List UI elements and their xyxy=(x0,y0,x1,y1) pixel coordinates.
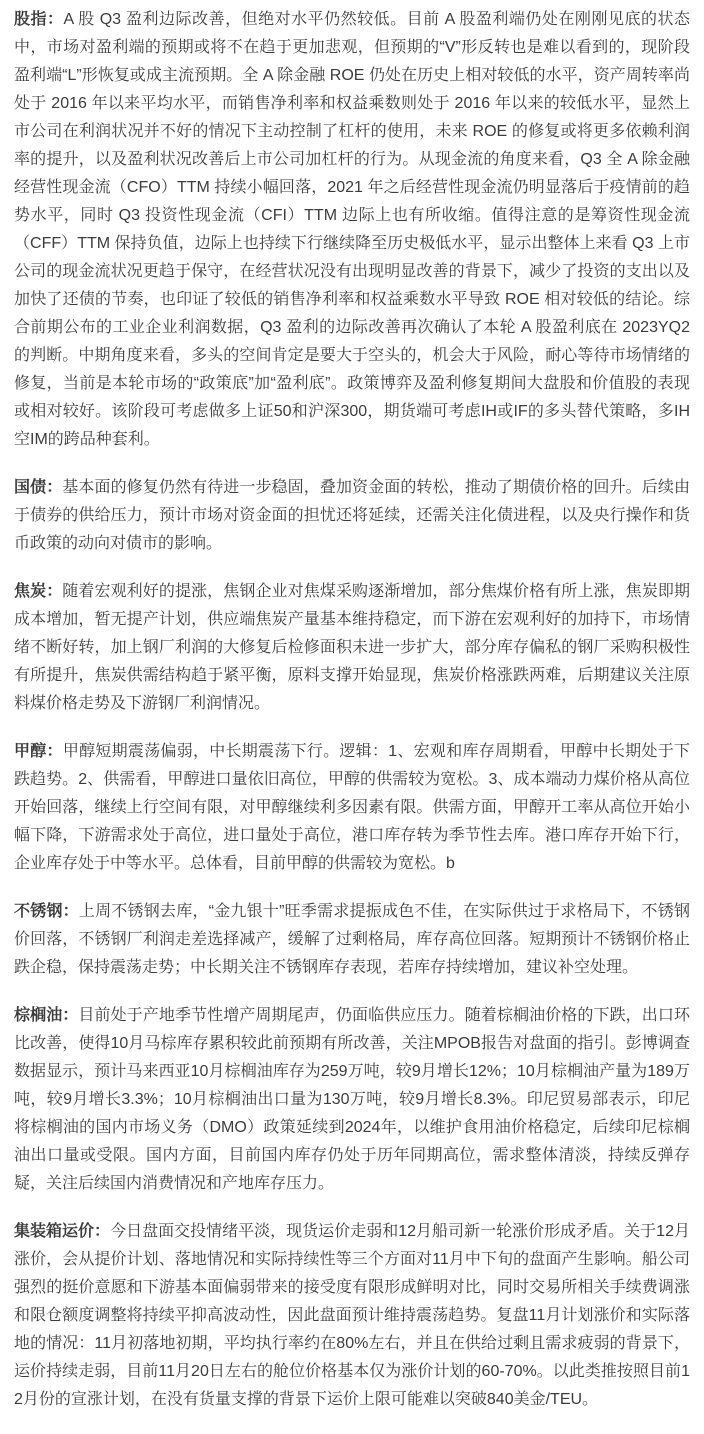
section-text-stock-index: A 股 Q3 盈利边际改善，但绝对水平仍然较低。目前 A 股盈利端仍处在刚刚见底… xyxy=(14,11,690,448)
section-text-coke: 随着宏观利好的提涨，焦钢企业对焦煤采购逐渐增加，部分焦煤价格有所上涨，焦炭即期成… xyxy=(14,583,690,712)
market-commentary-document: 股指：A 股 Q3 盈利边际改善，但绝对水平仍然较低。目前 A 股盈利端仍处在刚… xyxy=(0,0,704,1434)
section-container-freight: 集装箱运价：今日盘面交投情绪平淡，现货运价走弱和12月船司新一轮涨价形成矛盾。关… xyxy=(14,1218,690,1414)
section-label-palm-oil: 棕榈油： xyxy=(14,1007,78,1024)
section-methanol: 甲醇：甲醇短期震荡偏弱，中长期震荡下行。逻辑：1、宏观和库存周期看，甲醇中长期处… xyxy=(14,738,690,878)
section-stainless-steel: 不锈钢：上周不锈钢去库，“金九银十”旺季需求提振成色不佳，在实际供过于求格局下，… xyxy=(14,898,690,982)
section-label-stock-index: 股指： xyxy=(14,11,64,28)
section-text-palm-oil: 目前处于产地季节性增产周期尾声，仍面临供应压力。随着棕榈油价格的下跌，出口环比改… xyxy=(14,1007,690,1192)
section-palm-oil: 棕榈油：目前处于产地季节性增产周期尾声，仍面临供应压力。随着棕榈油价格的下跌，出… xyxy=(14,1002,690,1198)
section-stock-index: 股指：A 股 Q3 盈利边际改善，但绝对水平仍然较低。目前 A 股盈利端仍处在刚… xyxy=(14,6,690,454)
section-text-stainless-steel: 上周不锈钢去库，“金九银十”旺季需求提振成色不佳，在实际供过于求格局下，不锈钢价… xyxy=(14,903,690,976)
section-label-treasury-bonds: 国债： xyxy=(14,479,62,496)
section-label-container-freight: 集装箱运价： xyxy=(14,1223,110,1240)
section-text-container-freight: 今日盘面交投情绪平淡，现货运价走弱和12月船司新一轮涨价形成矛盾。关于12月涨价… xyxy=(14,1223,690,1408)
section-label-stainless-steel: 不锈钢： xyxy=(14,903,79,920)
section-label-coke: 焦炭： xyxy=(14,583,62,600)
section-text-methanol: 甲醇短期震荡偏弱，中长期震荡下行。逻辑：1、宏观和库存周期看，甲醇中长期处于下跌… xyxy=(14,743,690,872)
section-treasury-bonds: 国债：基本面的修复仍然有待进一步稳固，叠加资金面的转松，推动了期债价格的回升。后… xyxy=(14,474,690,558)
section-coke: 焦炭：随着宏观利好的提涨，焦钢企业对焦煤采购逐渐增加，部分焦煤价格有所上涨，焦炭… xyxy=(14,578,690,718)
section-label-methanol: 甲醇： xyxy=(14,743,63,760)
section-text-treasury-bonds: 基本面的修复仍然有待进一步稳固，叠加资金面的转松，推动了期债价格的回升。后续由于… xyxy=(14,479,690,552)
